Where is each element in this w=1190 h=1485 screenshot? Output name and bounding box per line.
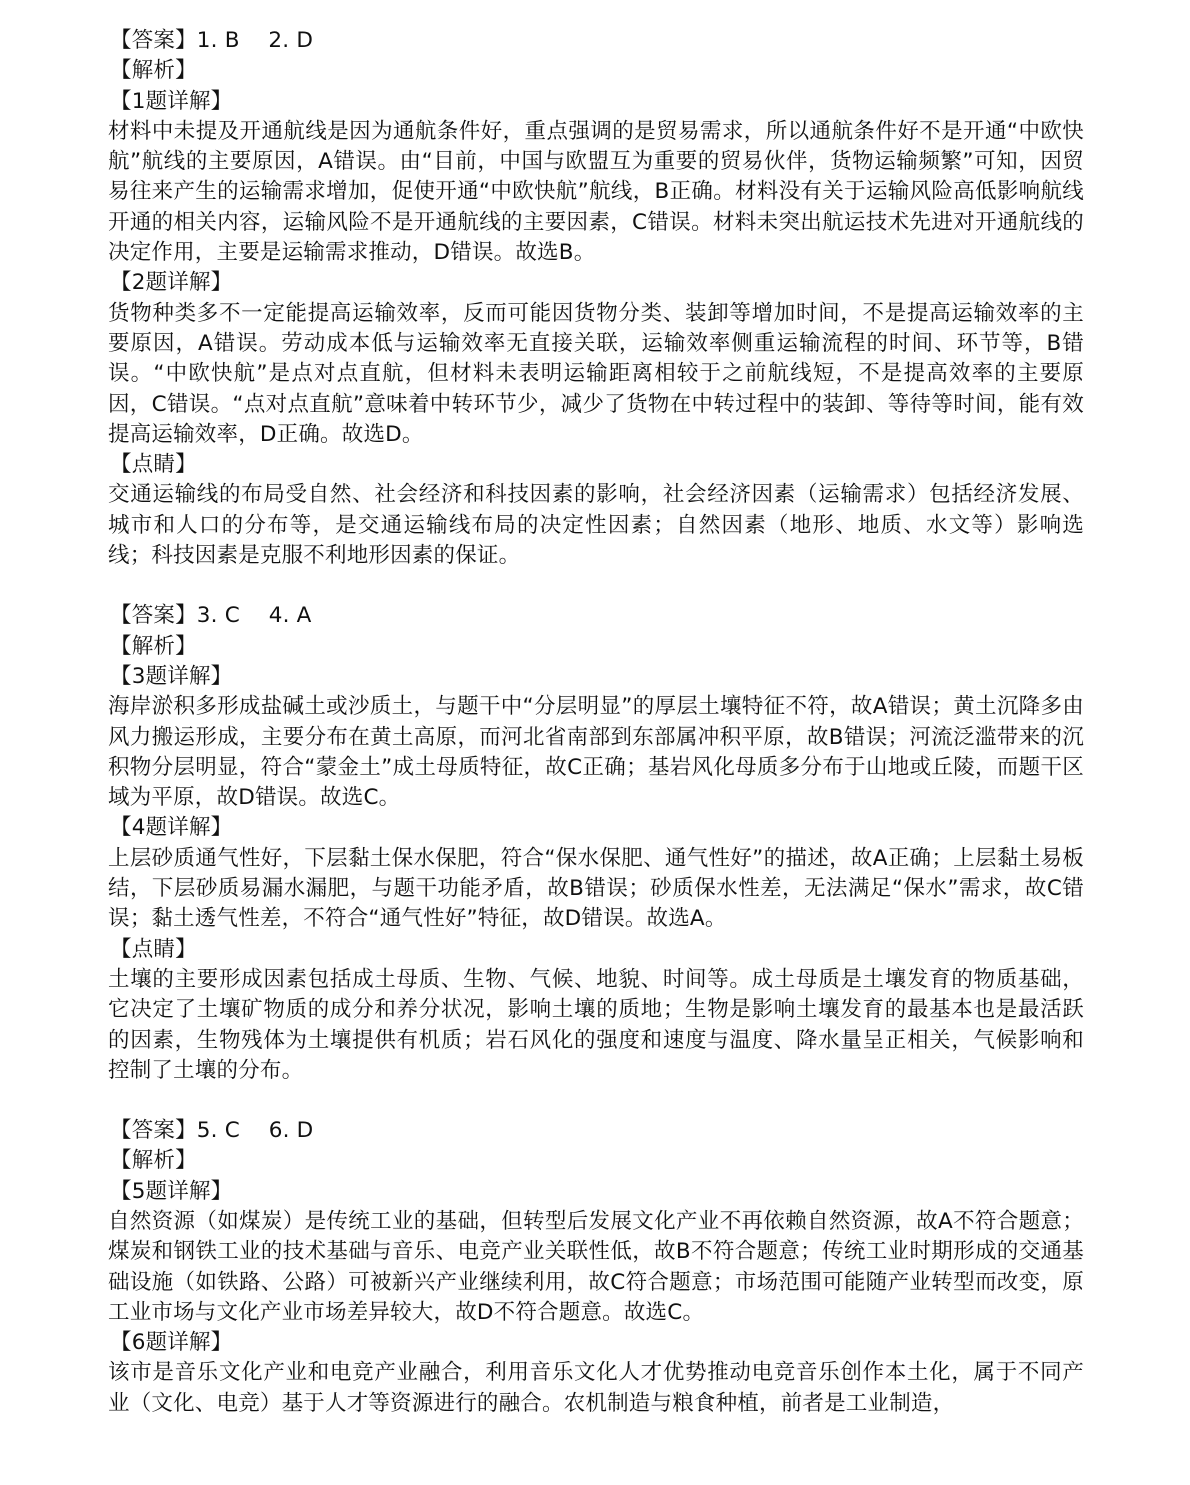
- q1-detail-heading: 【1题详解】: [108, 87, 1084, 117]
- q1-detail-text: 材料中未提及开通航线是因为通航条件好，重点强调的是贸易需求，所以通航条件好不是开…: [108, 117, 1084, 268]
- q2-detail-text: 货物种类多不一定能提高运输效率，反而可能因货物分类、装卸等增加时间，不是提高运输…: [108, 299, 1084, 450]
- q3-detail-text: 海岸淤积多形成盐碱土或沙质土，与题干中“分层明显”的厚层土壤特征不符，故A错误；…: [108, 692, 1084, 813]
- q6-detail-heading: 【6题详解】: [108, 1328, 1084, 1358]
- tip-text: 土壤的主要形成因素包括成土母质、生物、气候、地貌、时间等。成土母质是土壤发育的物…: [108, 965, 1084, 1086]
- answer-key: 【答案】1. B 2. D: [108, 26, 1084, 56]
- q4-detail-heading: 【4题详解】: [108, 813, 1084, 843]
- answer-key: 【答案】5. C 6. D: [108, 1116, 1084, 1146]
- answer-key: 【答案】3. C 4. A: [108, 601, 1084, 631]
- analysis-heading: 【解析】: [108, 1146, 1084, 1176]
- tip-heading: 【点睛】: [108, 450, 1084, 480]
- answer-section-q3-q4: 【答案】3. C 4. A 【解析】 【3题详解】 海岸淤积多形成盐碱土或沙质土…: [108, 601, 1084, 1086]
- q5-detail-text: 自然资源（如煤炭）是传统工业的基础，但转型后发展文化产业不再依赖自然资源，故A不…: [108, 1207, 1084, 1328]
- q4-detail-text: 上层砂质通气性好，下层黏土保水保肥，符合“保水保肥、通气性好”的描述，故A正确；…: [108, 844, 1084, 935]
- answer-section-q5-q6: 【答案】5. C 6. D 【解析】 【5题详解】 自然资源（如煤炭）是传统工业…: [108, 1116, 1084, 1419]
- tip-heading: 【点睛】: [108, 935, 1084, 965]
- q6-detail-text: 该市是音乐文化产业和电竞产业融合，利用音乐文化人才优势推动电竞音乐创作本土化，属…: [108, 1358, 1084, 1419]
- analysis-heading: 【解析】: [108, 632, 1084, 662]
- q3-detail-heading: 【3题详解】: [108, 662, 1084, 692]
- answer-document: 【答案】1. B 2. D 【解析】 【1题详解】 材料中未提及开通航线是因为通…: [108, 26, 1084, 1419]
- q2-detail-heading: 【2题详解】: [108, 268, 1084, 298]
- tip-text: 交通运输线的布局受自然、社会经济和科技因素的影响，社会经济因素（运输需求）包括经…: [108, 480, 1084, 571]
- q5-detail-heading: 【5题详解】: [108, 1177, 1084, 1207]
- analysis-heading: 【解析】: [108, 56, 1084, 86]
- answer-section-q1-q2: 【答案】1. B 2. D 【解析】 【1题详解】 材料中未提及开通航线是因为通…: [108, 26, 1084, 571]
